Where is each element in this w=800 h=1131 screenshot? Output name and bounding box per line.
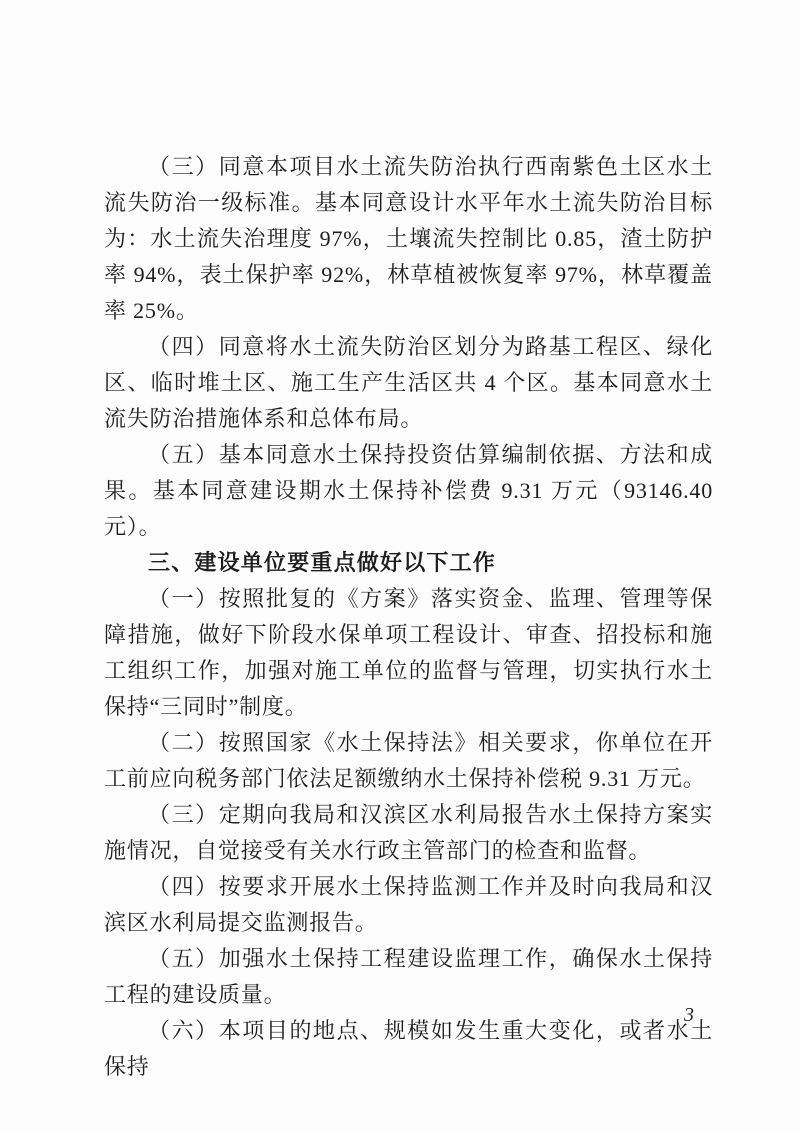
- paragraph-work-1: （一）按照批复的《方案》落实资金、监理、管理等保障措施，做好下阶段水保单项工程设…: [104, 581, 713, 725]
- paragraph-work-3: （三）定期向我局和汉滨区水利局报告水土保持方案实施情况，自觉接受有关水行政主管部…: [104, 797, 713, 869]
- paragraph-work-5: （五）加强水土保持工程建设监理工作，确保水土保持工程的建设质量。: [104, 941, 713, 1013]
- paragraph-item-3: （三）同意本项目水土流失防治执行西南紫色土区水土流失防治一级标准。基本同意设计水…: [104, 149, 713, 329]
- paragraph-item-4: （四）同意将水土流失防治区划分为路基工程区、绿化区、临时堆土区、施工生产生活区共…: [104, 329, 713, 437]
- page-number: 3: [684, 1001, 694, 1029]
- document-text-block: （三）同意本项目水土流失防治执行西南紫色土区水土流失防治一级标准。基本同意设计水…: [104, 149, 713, 1085]
- paragraph-work-4: （四）按要求开展水土保持监测工作并及时向我局和汉滨区水利局提交监测报告。: [104, 869, 713, 941]
- paragraph-work-2: （二）按照国家《水土保持法》相关要求，你单位在开工前应向税务部门依法足额缴纳水土…: [104, 725, 713, 797]
- paragraph-work-6: （六）本项目的地点、规模如发生重大变化，或者水土保持: [104, 1013, 713, 1085]
- section-heading-three: 三、建设单位要重点做好以下工作: [104, 545, 713, 581]
- document-page: （三）同意本项目水土流失防治执行西南紫色土区水土流失防治一级标准。基本同意设计水…: [0, 0, 800, 1131]
- paragraph-item-5: （五）基本同意水土保持投资估算编制依据、方法和成果。基本同意建设期水土保持补偿费…: [104, 437, 713, 545]
